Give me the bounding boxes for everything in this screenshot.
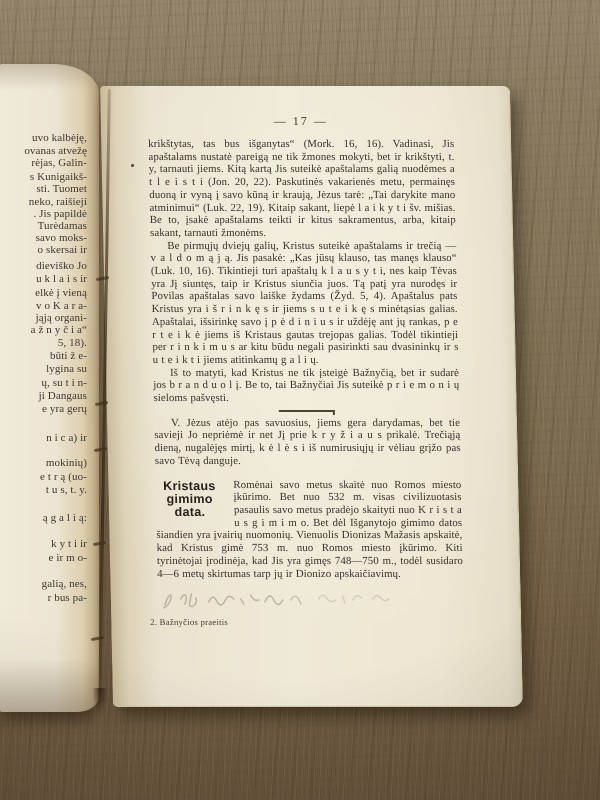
left-page-fragment: o skersai ir <box>38 244 87 256</box>
left-page-fragment: rėjas, Galin- <box>31 157 87 169</box>
left-page-fragment: u k l a i s ir <box>36 273 87 285</box>
left-page-fragment: savo moks- <box>36 232 87 244</box>
left-page-fragment: v o K a r a- <box>36 300 87 312</box>
left-page-fragment: uvo kalbėję, <box>32 132 87 144</box>
paragraph-baptism-command: krikštytas, tas bus išganytas“ (Mork. 16… <box>148 138 456 240</box>
right-page-text-block: — 17 — krikštytas, tas bus išganytas“ (M… <box>100 86 522 706</box>
left-page-fragment: a ž n y č i a“ <box>31 324 87 336</box>
left-page-fragment: galią, nes, <box>42 578 87 590</box>
paragraph-church-core: Iš to matyti, kad Kristus ne tik įsteigė… <box>153 367 460 405</box>
left-page-fragment: r bus pa- <box>48 592 87 604</box>
section-separator <box>279 410 335 412</box>
left-page-fragment: neko, raišieji <box>29 196 87 208</box>
left-page-fragment: . Jis papildė <box>33 208 87 220</box>
left-page-fragment: ų, su t i n- <box>41 377 87 389</box>
left-page-fragment: dieviško Jo <box>36 260 87 272</box>
right-page: — 17 — krikštytas, tas bus išganytas“ (M… <box>100 86 523 707</box>
left-page-fragment: e yra gerų <box>42 403 87 415</box>
margin-heading-line: gimimo <box>154 493 226 506</box>
left-page-fragment: ji Dangaus <box>39 390 87 402</box>
left-page-fragment: ovanas atvežę <box>24 145 87 157</box>
left-page-fragment: t u s, t. y. <box>46 484 87 496</box>
paragraph-resurrection: V. Jėzus atėjo pas savuosius, jiems gera… <box>154 417 461 468</box>
left-page-fragment: jąją organi- <box>36 312 87 324</box>
margin-heading: Kristaus gimimo data. <box>153 480 226 519</box>
paragraph-governing-power: Be pirmųjų dviejų galių, Kristus suteikė… <box>150 240 459 367</box>
margin-heading-line: Kristaus <box>153 480 225 493</box>
left-page-fragment: lygina su <box>46 363 87 375</box>
footnote-signature: 2. Bažnyčios praeitis <box>150 617 228 627</box>
left-page-text: uvo kalbėję, ovanas atvežę rėjas, Galin-… <box>0 0 93 800</box>
left-page-fragment: Turėdamas <box>38 220 87 232</box>
paragraph-birth-date: Kristaus gimimo data. Romėnai savo metus… <box>155 479 463 581</box>
left-page-fragment: ą g a l i ą: <box>43 512 87 524</box>
left-page-fragment: 5, 18). <box>58 337 87 349</box>
pencil-note <box>158 587 429 613</box>
left-page-fragment: s Kunigaikš- <box>30 171 87 183</box>
left-page-fragment: e ir m o- <box>49 552 87 564</box>
left-page-fragment: mokinių) <box>46 457 87 469</box>
page-number: — 17 — <box>148 114 454 129</box>
left-page-fragment: n i c a) ir <box>46 432 87 444</box>
left-page-fragment: elkė į vieną <box>35 287 87 299</box>
margin-heading-line: data. <box>154 506 226 519</box>
ink-speck <box>131 164 134 167</box>
left-page-fragment: e t r ą (uo- <box>40 471 87 483</box>
left-page-fragment: k y t i ir <box>51 538 87 550</box>
left-page-fragment: sti. Tuomet <box>36 183 87 195</box>
left-page-fragment: būti ž e- <box>50 350 87 362</box>
